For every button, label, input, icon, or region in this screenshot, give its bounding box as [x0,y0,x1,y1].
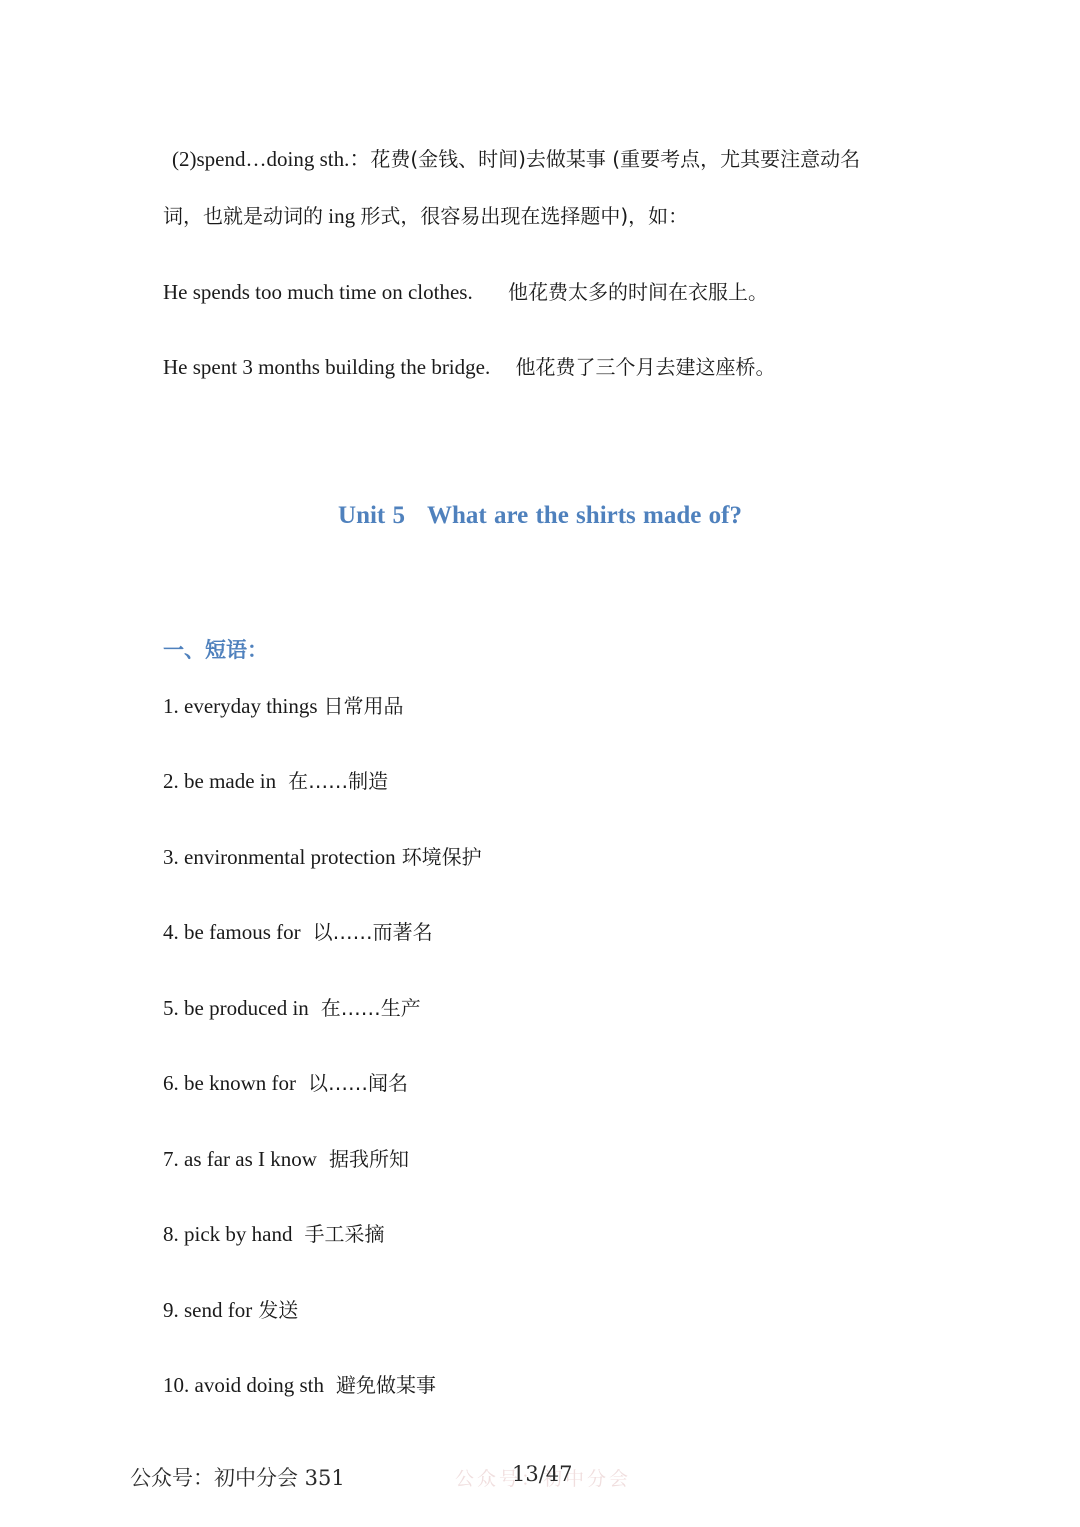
phrase-en: 7. as far as I know [163,1147,317,1171]
phrase-item: 10. avoid doing sth避免做某事 [163,1371,436,1399]
section-heading: 一、短语： [163,634,268,664]
phrase-cn: 手工采摘 [304,1222,384,1246]
phrase-en: 6. be known for [163,1071,296,1095]
example-sentence: He spends too much time on clothes. 他花费太… [163,278,768,306]
unit-number: Unit 5 [338,502,405,529]
phrase-item: 6. be known for以……闻名 [163,1069,408,1097]
phrase-item: 4. be famous for以……而著名 [163,918,433,946]
example-en: He spent 3 months building the bridge. [163,355,490,379]
phrase-en: 8. pick by hand [163,1222,292,1246]
unit-title: Unit 5What are the shirts made of? [0,502,1080,530]
example-en: He spends too much time on clothes. [163,280,473,304]
phrase-en: 10. avoid doing sth [163,1373,324,1397]
phrase-item: 1. everyday things日常用品 [163,692,404,720]
usage-explanation-cont-a: 词，也就是动词的 [163,204,323,228]
example-cn: 他花费太多的时间在衣服上。 [508,280,768,304]
phrase-item: 3. environmental protection环境保护 [163,843,482,871]
phrase-cn: 以……闻名 [308,1071,408,1095]
usage-line-2: 词，也就是动词的 ing 形式，很容易出现在选择题中)，如： [163,202,688,230]
phrase-cn: 据我所知 [329,1147,409,1171]
phrase-item: 9. send for发送 [163,1296,298,1324]
footer-account: 公众号：初中分会 351 [130,1462,345,1492]
phrase-en: 3. environmental protection [163,845,396,869]
phrase-item: 8. pick by hand手工采摘 [163,1220,384,1248]
unit-name: What are the shirts made of? [427,502,742,529]
phrase-cn: 发送 [258,1298,298,1322]
usage-line-1: (2)spend…doing sth.：花费(金钱、时间)去做某事 (重要考点，… [172,145,860,173]
usage-explanation: 花费(金钱、时间)去做某事 (重要考点，尤其要注意动名 [370,147,860,171]
phrase-cn: 以……而著名 [313,920,433,944]
phrase-en: 2. be made in [163,769,276,793]
phrase-cn: 环境保护 [402,845,482,869]
phrase-item: 5. be produced in在……生产 [163,994,421,1022]
usage-explanation-cont-b: 形式，很容易出现在选择题中)，如： [360,204,688,228]
phrase-cn: 日常用品 [324,694,404,718]
phrase-cn: 在……生产 [321,996,421,1020]
example-cn: 他花费了三个月去建这座桥。 [515,355,775,379]
usage-ing: ing [323,204,360,228]
phrase-cn: 避免做某事 [336,1373,436,1397]
phrase-en: 1. everyday things [163,694,318,718]
phrase-en: 5. be produced in [163,996,309,1020]
phrase-item: 2. be made in在……制造 [163,767,388,795]
phrase-item: 7. as far as I know据我所知 [163,1145,409,1173]
phrase-cn: 在……制造 [288,769,388,793]
phrase-en: 9. send for [163,1298,252,1322]
page-number: 13/47 [512,1462,573,1486]
example-sentence: He spent 3 months building the bridge. 他… [163,353,775,381]
phrase-en: 4. be famous for [163,920,301,944]
usage-pattern: (2)spend…doing sth.： [172,147,370,171]
